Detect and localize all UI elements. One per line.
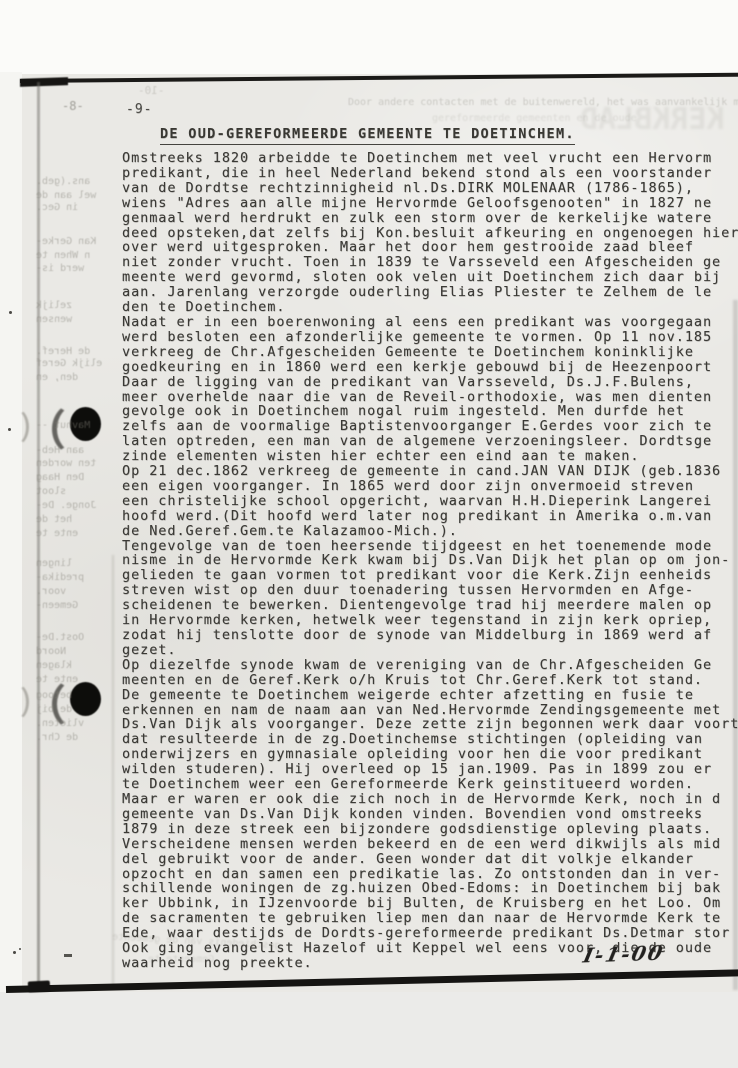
scanned-document-page: -8- -9- DE OUD-GEREFORMEERDE GEMEENTE TE… <box>0 0 738 1068</box>
punch-hole-shadow-icon <box>2 683 29 721</box>
ink-dash <box>64 954 72 957</box>
ink-speck <box>19 948 21 950</box>
page-number: -9- <box>126 102 152 117</box>
document-body-text: Omstreeks 1820 arbeidde te Doetinchem me… <box>122 151 738 979</box>
ink-speck <box>9 311 12 314</box>
punch-hole-icon <box>70 682 101 716</box>
punch-hole-shadow-icon <box>2 408 29 446</box>
page-top-edge-corner <box>20 77 68 87</box>
previous-page-number-faint: -8- <box>62 99 84 113</box>
punch-hole-icon <box>70 407 101 441</box>
handwritten-date-mark: I-1-00 <box>581 941 667 968</box>
page-crease-line <box>112 555 114 985</box>
document-title: DE OUD-GEREFORMEERDE GEMEENTE TE DOETINC… <box>160 126 575 145</box>
scan-left-margin <box>0 72 22 994</box>
page-fold-line <box>37 82 40 987</box>
page-bottom-edge-corner <box>28 980 51 992</box>
scan-bottom-margin <box>0 992 738 1068</box>
ink-speck <box>13 951 16 954</box>
ink-speck <box>8 428 11 431</box>
